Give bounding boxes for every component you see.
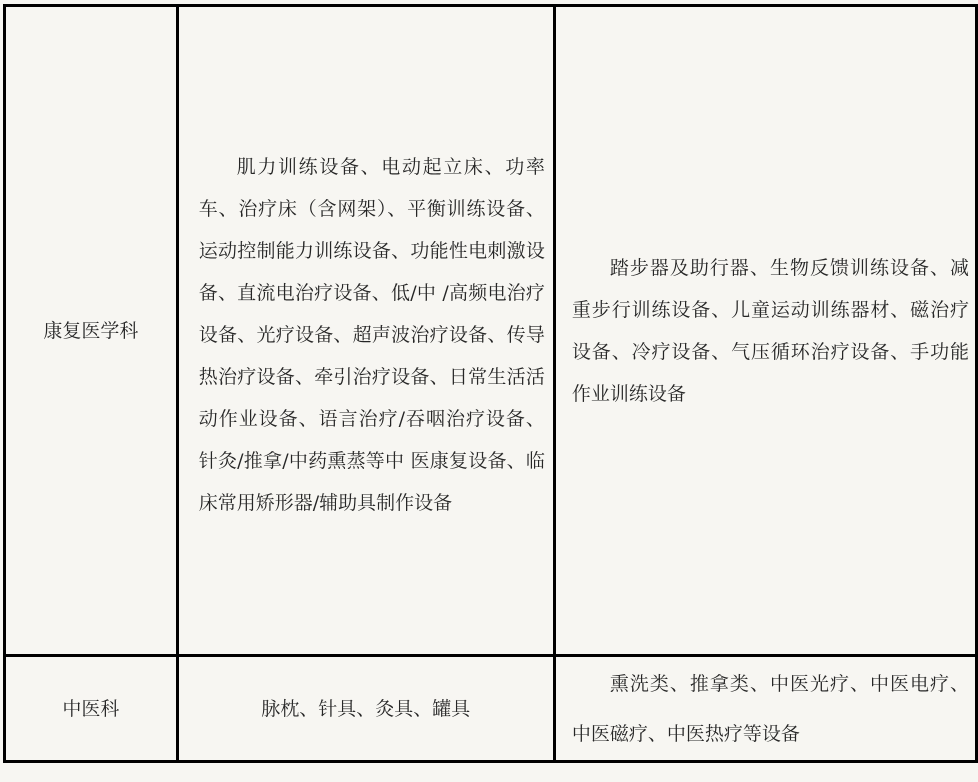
basic-equipment-text: 肌力训练设备、电动起立床、功率车、治疗床（含网架）、平衡训练设备、运动控制能力训… — [199, 146, 545, 524]
optional-equipment-cell: 踏步器及助行器、生物反馈训练设备、减重步行训练设备、儿童运动训练器材、磁治疗设备… — [554, 6, 976, 656]
basic-equipment-cell: 肌力训练设备、电动起立床、功率车、治疗床（含网架）、平衡训练设备、运动控制能力训… — [177, 6, 554, 656]
department-cell: 康复医学科 — [5, 6, 178, 656]
department-cell: 中医科 — [5, 656, 178, 762]
equipment-table: 康复医学科 肌力训练设备、电动起立床、功率车、治疗床（含网架）、平衡训练设备、运… — [3, 4, 978, 763]
optional-equipment-cell: 熏洗类、推拿类、中医光疗、中医电疗、中医磁疗、中医热疗等设备 — [554, 656, 976, 762]
optional-equipment-text: 熏洗类、推拿类、中医光疗、中医电疗、中医磁疗、中医热疗等设备 — [572, 659, 969, 759]
table-row: 康复医学科 肌力训练设备、电动起立床、功率车、治疗床（含网架）、平衡训练设备、运… — [5, 6, 977, 656]
optional-equipment-text: 踏步器及助行器、生物反馈训练设备、减重步行训练设备、儿童运动训练器材、磁治疗设备… — [572, 247, 969, 415]
table-row: 中医科 脉枕、针具、灸具、罐具 熏洗类、推拿类、中医光疗、中医电疗、中医磁疗、中… — [5, 656, 977, 762]
basic-equipment-cell: 脉枕、针具、灸具、罐具 — [177, 656, 554, 762]
